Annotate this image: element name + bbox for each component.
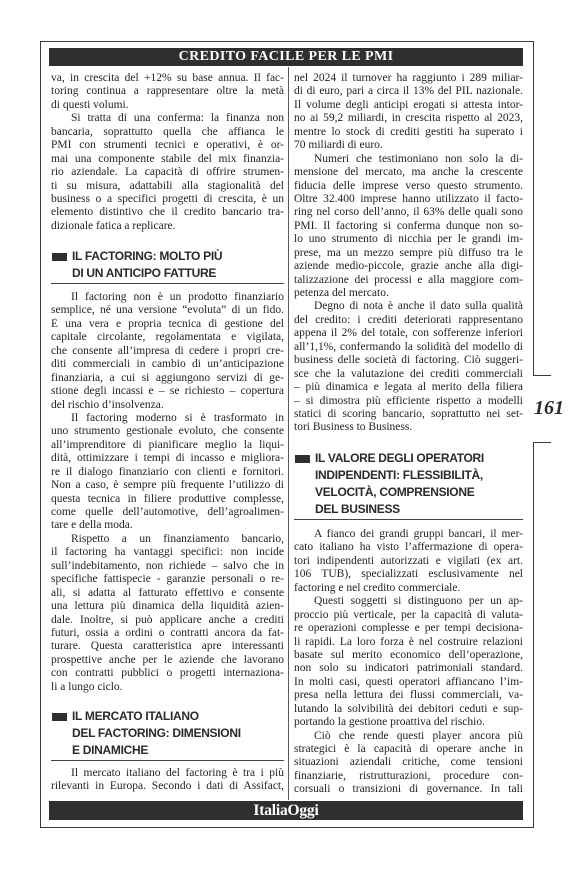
text-line: specifiche fattispecie - garanzie person… <box>51 573 284 586</box>
text-line: come quelle dell’automotive, dell’agroal… <box>51 506 284 519</box>
text-line: Degno di nota è anche il dato sulla qual… <box>294 300 523 313</box>
text-line: rio aziendale. La capacità di offrire st… <box>51 166 284 179</box>
heading-line: DEL BUSINESS <box>294 501 523 518</box>
heading-line: DEL FACTORING: DIMENSIONI <box>51 725 284 742</box>
heading-line: E DINAMICHE <box>51 742 284 759</box>
text-line: prospettive anche per le aziende che lav… <box>51 654 284 667</box>
text-line: aziende medio-piccole, grazie anche alla… <box>294 260 523 273</box>
text-line: dità, ottimizzare i tempi di incasso e m… <box>51 452 284 465</box>
text-line: lo uno strumento di nicchia per le grand… <box>294 233 523 246</box>
paragraph: Ciò che rende questi player ancora più s… <box>294 730 523 797</box>
text-line: del rischio d’insolvenza. <box>51 399 284 412</box>
heading-line: DI UN ANTICIPO FATTURE <box>51 265 284 282</box>
text-line: re operazioni complesse e per tempi deci… <box>294 622 523 635</box>
publication-logo: ItaliaOggi <box>253 802 318 819</box>
text-line: re il dialogo finanziario con clienti e … <box>51 466 284 479</box>
text-line: finanziarie, ristrutturazioni, procedure… <box>294 770 523 783</box>
text-line: appena il 2% del totale, con sofferenze … <box>294 327 523 340</box>
text-line: business o a specifici progetti di cresc… <box>51 193 284 206</box>
heading-rule <box>51 283 284 284</box>
text-line: Il factoring non è un prodotto finanziar… <box>51 291 284 304</box>
text-line: turare. Questa caratteristica apre inter… <box>51 640 284 653</box>
text-line: – si dimostra più efficiente rispetto a … <box>294 395 523 408</box>
text-line: toring continua a rappresentare oltre la… <box>51 85 284 98</box>
text-line: di di euro, pari a circa il 13% del PIL … <box>294 85 523 98</box>
section-title-bar: CREDITO FACILE PER LE PMI <box>49 48 523 66</box>
text-line: mentre lo stock di crediti gestiti ha su… <box>294 126 523 139</box>
text-line: corsuali o transizioni di governance. In… <box>294 783 523 796</box>
text-line: nel 2024 il turnover ha raggiunto i 289 … <box>294 72 523 85</box>
text-line: statici di scoring bancario, soprattutto… <box>294 408 523 421</box>
text-line: stione degli incassi e – se richiesto – … <box>51 385 284 398</box>
text-line: tare e della moda. <box>51 519 284 532</box>
text-line: fiducia delle imprese verso questo strum… <box>294 180 523 193</box>
heading-line: IL MERCATO ITALIANO <box>51 708 284 725</box>
text-line: proccio più verticale, per la capacità d… <box>294 609 523 622</box>
text-line: In molti casi, questi operatori affianca… <box>294 676 523 689</box>
square-bullet-icon <box>52 713 67 721</box>
text-line: mai una componente stabile del mix finan… <box>51 153 284 166</box>
text-line: lutando la solvibilità dei debitori cedu… <box>294 703 523 716</box>
text-line: mensione del mercato, ma anche la cresce… <box>294 166 523 179</box>
text-line: ali, si adatta al fatturato effettivo e … <box>51 587 284 600</box>
section-body-operatori-indipendenti: A fianco dei grandi gruppi bancari, il m… <box>294 528 523 797</box>
text-line: Il volume degli anticipi erogati si atte… <box>294 99 523 112</box>
text-line: questa tecnica in filiere produttive com… <box>51 493 284 506</box>
text-line: una lettura più dinamica della liquidità… <box>51 600 284 613</box>
text-line: no ai 59,2 miliardi, in crescita rispett… <box>294 112 523 125</box>
text-line: prese, ma un mezzo sempre più diffuso tr… <box>294 247 523 260</box>
text-line: business delle società di factoring. Ciò… <box>294 354 523 367</box>
text-line: basate sul merito economico dell’operazi… <box>294 649 523 662</box>
heading-line: VELOCITÀ, COMPRENSIONE <box>294 484 523 501</box>
section-heading-mercato-italiano: IL MERCATO ITALIANO DEL FACTORING: DIMEN… <box>51 708 284 761</box>
text-line: talizzazione dei processi e alla maggior… <box>294 274 523 287</box>
text-line: ring nel corso dell’anno, il 63% delle q… <box>294 206 523 219</box>
text-line: PMI. Il factoring si conferma dunque non… <box>294 220 523 233</box>
text-line: li rapidi. La loro forza è nel costruire… <box>294 636 523 649</box>
heading-line: INDIPENDENTI: FLESSIBILITÀ, <box>294 467 523 484</box>
text-line: strategici è la capacità di operare anch… <box>294 743 523 756</box>
text-line: presa nella lettura dei flussi commercia… <box>294 689 523 702</box>
text-line: dale. Inoltre, si può applicare anche a … <box>51 614 284 627</box>
page-edge-mark-lower <box>533 442 551 443</box>
right-column-intro: nel 2024 il turnover ha raggiunto i 289 … <box>294 72 523 435</box>
heading-rule <box>51 760 284 761</box>
text-line: factoring e nel credito commerciale. <box>294 582 523 595</box>
section-heading-operatori-indipendenti: IL VALORE DEGLI OPERATORI INDIPENDENTI: … <box>294 450 523 520</box>
paragraph: Degno di nota è anche il dato sulla qual… <box>294 300 523 434</box>
text-line: con contratti pubblici o progetti intern… <box>51 667 284 680</box>
section-body-mercato-italiano: Il mercato italiano del factoring è tra … <box>51 767 284 794</box>
column-divider <box>288 67 289 800</box>
section-body-factoring: Il factoring non è un prodotto finanziar… <box>51 291 284 694</box>
text-line: di questi volumi. <box>51 99 284 112</box>
text-line: tori Business to Business. <box>294 421 523 434</box>
paragraph: A fianco dei grandi gruppi bancari, il m… <box>294 528 523 595</box>
page-edge-mark-upper <box>533 375 551 376</box>
text-line: va, in crescita del +12% su base annua. … <box>51 72 284 85</box>
text-line: elemento distintivo che il credito banca… <box>51 206 284 219</box>
text-line: – più dinamica e legata al merito della … <box>294 381 523 394</box>
text-line: situazioni aziendali critiche, come tens… <box>294 756 523 769</box>
paragraph: Il factoring non è un prodotto finanziar… <box>51 291 284 412</box>
heading-line: IL VALORE DEGLI OPERATORI <box>294 450 523 467</box>
text-line: diti commerciali in cambio di un’anticip… <box>51 358 284 371</box>
text-line: finanziaria, a cui si aggiungono servizi… <box>51 372 284 385</box>
square-bullet-icon <box>295 455 310 463</box>
heading-rule <box>294 519 523 520</box>
text-line: il factoring ha vantaggi specifici: non … <box>51 546 284 559</box>
text-line: che consente all’impresa di cedere i pro… <box>51 345 284 358</box>
text-line: È una vera e propria tecnica di gestione… <box>51 318 284 331</box>
text-line: sce che la valutazione dei crediti comme… <box>294 368 523 381</box>
text-line: Questi soggetti si distinguono per un ap… <box>294 595 523 608</box>
text-line: ti su misura, adattabili alla stagionali… <box>51 180 284 193</box>
paragraph: nel 2024 il turnover ha raggiunto i 289 … <box>294 72 523 153</box>
text-line: semplice, né una versione “evoluta” di u… <box>51 304 284 317</box>
text-line: Oltre 32.400 imprese hanno utilizzato il… <box>294 193 523 206</box>
paragraph: Il mercato italiano del factoring è tra … <box>51 767 284 794</box>
text-line: uno strumento gestionale evoluto, che co… <box>51 425 284 438</box>
text-line: Il mercato italiano del factoring è tra … <box>51 767 284 780</box>
text-line: Il factoring moderno si è trasformato in <box>51 412 284 425</box>
text-line: Ciò che rende questi player ancora più <box>294 730 523 743</box>
text-line: PMI con strumenti tecnici e operativi, è… <box>51 139 284 152</box>
footer-bar: ItaliaOggi <box>49 801 523 820</box>
page-frame-right-edge-upper <box>533 41 534 376</box>
paragraph: va, in crescita del +12% su base annua. … <box>51 72 284 112</box>
text-line: rilevanti in Europa. Secondo i dati di A… <box>51 780 284 793</box>
text-line: bancaria, soprattutto quella che affianc… <box>51 126 284 139</box>
paragraph: Il factoring moderno si è trasformato in… <box>51 412 284 533</box>
text-line: li a lungo ciclo. <box>51 681 284 694</box>
square-bullet-icon <box>52 253 67 261</box>
left-column-intro: va, in crescita del +12% su base annua. … <box>51 72 284 233</box>
text-line: portando la gestione proattiva del risch… <box>294 716 523 729</box>
text-line: all’imprenditore di pianificare meglio l… <box>51 439 284 452</box>
text-line: del credito: i crediti deteriorati rappr… <box>294 314 523 327</box>
paragraph: Numeri che testimoniano non solo la di- … <box>294 153 523 301</box>
text-line: capitale circolante, regolamentata e vig… <box>51 331 284 344</box>
text-line: tori indipendenti autorizzati e vigilati… <box>294 555 523 568</box>
text-line: dizionale fatica a replicare. <box>51 220 284 233</box>
text-line: Numeri che testimoniano non solo la di- <box>294 153 523 166</box>
text-line: Si tratta di una conferma: la finanza no… <box>51 112 284 125</box>
text-line: non solo su indicatori patrimoniali stan… <box>294 662 523 675</box>
text-line: A fianco dei grandi gruppi bancari, il m… <box>294 528 523 541</box>
paragraph: Rispetto a un finanziamento bancario, il… <box>51 533 284 694</box>
paragraph: Questi soggetti si distinguono per un ap… <box>294 595 523 729</box>
paragraph: Si tratta di una conferma: la finanza no… <box>51 112 284 233</box>
text-line: petenza del mercato. <box>294 287 523 300</box>
text-line: Rispetto a un finanziamento bancario, <box>51 533 284 546</box>
text-line: futuri, ossia a ordini o contratti ancor… <box>51 627 284 640</box>
section-title: CREDITO FACILE PER LE PMI <box>179 49 394 64</box>
page-frame-right-edge-lower <box>533 442 534 828</box>
text-line: 70 miliardi di euro. <box>294 139 523 152</box>
text-line: 106 TUB), specializzati esclusivamente n… <box>294 568 523 581</box>
text-line: cato italiano ha visto l’affermazione di… <box>294 541 523 554</box>
section-heading-factoring: IL FACTORING: MOLTO PIÙ DI UN ANTICIPO F… <box>51 248 284 284</box>
text-line: Non a caso, è sempre più frequente l’uti… <box>51 479 284 492</box>
text-line: sull’indebitamento, non richiede – salvo… <box>51 560 284 573</box>
heading-line: IL FACTORING: MOLTO PIÙ <box>51 248 284 265</box>
text-line: all’1,1%, confermando la solidità del mo… <box>294 341 523 354</box>
page-number: 161 <box>532 397 566 419</box>
